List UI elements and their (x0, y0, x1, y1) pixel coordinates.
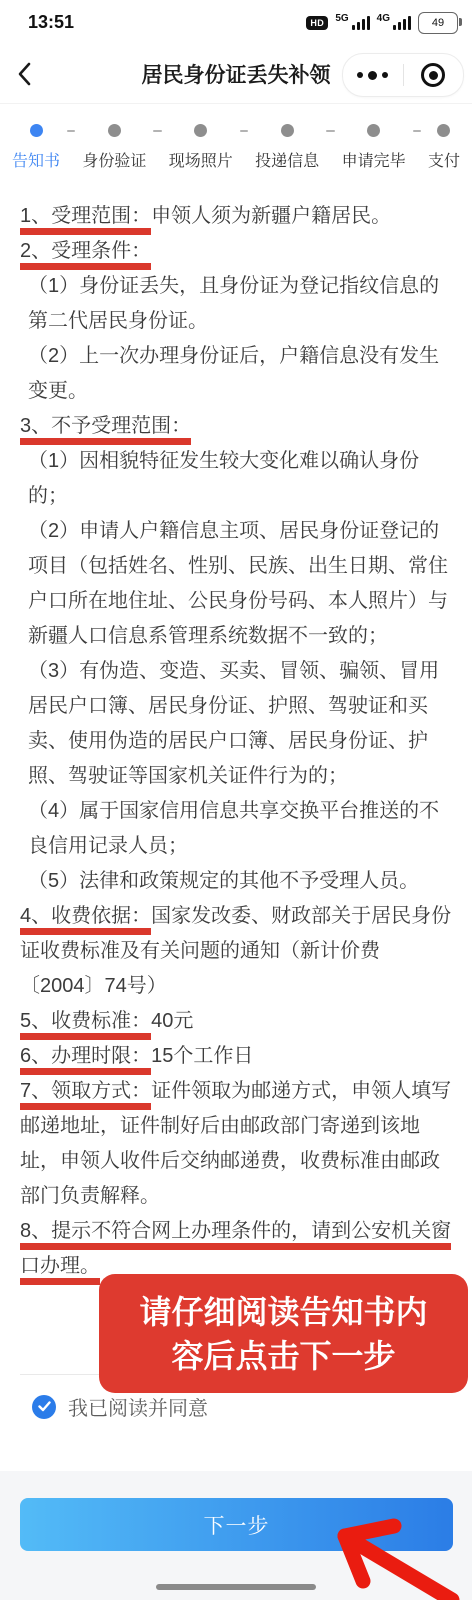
notice-paragraph: 2、受理条件： (20, 234, 452, 269)
agree-label: 我已阅读并同意 (68, 1392, 208, 1421)
red-underlined-heading: 5、收费标准： (20, 1010, 151, 1040)
red-underlined-heading: 6、办理时限： (20, 1045, 151, 1075)
step-dot (194, 124, 207, 137)
red-underlined-heading: 1、受理范围： (20, 205, 151, 235)
step-dot (367, 124, 380, 137)
step-label: 支付 (428, 148, 460, 171)
step-告知书: 告知书 (12, 124, 60, 171)
home-indicator[interactable] (156, 1584, 316, 1590)
notice-paragraph: （2）申请人户籍信息主项、居民身份证登记的项目（包括姓名、性别、民族、出生日期、… (20, 514, 452, 654)
signal-5g-icon: 5G (335, 16, 369, 30)
back-chevron-icon (17, 62, 31, 86)
battery-icon: 49 (418, 12, 458, 34)
step-label: 申请完毕 (342, 148, 406, 171)
step-connector (413, 130, 421, 132)
callout-line2: 容后点击下一步 (171, 1334, 395, 1378)
callout-line1: 请仔细阅读告知书内 (139, 1290, 427, 1334)
hd-volte-icon: HD (306, 16, 328, 30)
more-dots-icon (357, 71, 388, 80)
notice-paragraph: （1）因相貌特征发生较大变化难以确认身份的； (20, 444, 452, 514)
red-arrow-annotation (330, 1505, 472, 1600)
battery-percent: 49 (432, 17, 444, 29)
notice-paragraph: 1、受理范围：申领人须为新疆户籍居民。 (20, 199, 452, 234)
progress-stepper: 告知书身份验证现场照片投递信息申请完毕支付 (0, 104, 472, 171)
step-connector (240, 130, 248, 132)
notice-paragraph: （1）身份证丢失，且身份证为登记指纹信息的第二代居民身份证。 (20, 269, 452, 339)
notice-paragraph: 5、收费标准：40元 (20, 1004, 452, 1039)
step-connector (153, 130, 161, 132)
back-button[interactable] (0, 45, 48, 103)
more-button[interactable] (343, 54, 403, 96)
step-label: 现场照片 (169, 148, 233, 171)
red-underlined-heading: 3、不予受理范围： (20, 415, 191, 445)
notice-paragraph: （2）上一次办理身份证后，户籍信息没有发生变更。 (20, 339, 452, 409)
check-icon (38, 1401, 51, 1412)
step-支付: 支付 (428, 124, 460, 171)
step-dot (281, 124, 294, 137)
step-身份验证: 身份验证 (82, 124, 146, 171)
step-connector (67, 130, 75, 132)
step-label: 告知书 (12, 148, 60, 171)
red-underlined-heading: 7、领取方式： (20, 1080, 151, 1110)
record-circle-icon (421, 63, 445, 87)
notice-paragraph: 4、收费依据：国家发改委、财政部关于居民身份证收费标准及有关问题的通知（新计价费… (20, 899, 452, 1004)
step-dot (30, 124, 43, 137)
step-dot (108, 124, 121, 137)
step-label: 身份验证 (82, 148, 146, 171)
agreement-row[interactable]: 我已阅读并同意 (32, 1392, 208, 1421)
notice-paragraph: （5）法律和政策规定的其他不予受理人员。 (20, 864, 452, 899)
signal-4g-icon: 4G (377, 16, 411, 30)
red-underlined-heading: 4、收费依据： (20, 905, 151, 935)
step-label: 投递信息 (255, 148, 319, 171)
notice-body: 1、受理范围：申领人须为新疆户籍居民。2、受理条件：（1）身份证丢失，且身份证为… (0, 199, 472, 1284)
notice-paragraph: 6、办理时限：15个工作日 (20, 1039, 452, 1074)
step-connector (326, 130, 334, 132)
notice-paragraph: （4）属于国家信用信息共享交换平台推送的不良信用记录人员； (20, 794, 452, 864)
clock: 13:51 (28, 12, 74, 33)
nav-bar: 居民身份证丢失补领 (0, 45, 472, 104)
step-现场照片: 现场照片 (169, 124, 233, 171)
status-bar: 13:51 HD 5G 4G 49 (0, 0, 472, 45)
step-dot (437, 124, 450, 137)
notice-paragraph: 3、不予受理范围： (20, 409, 452, 444)
close-minimize-button[interactable] (404, 54, 464, 96)
agree-checkbox[interactable] (32, 1395, 56, 1419)
read-notice-callout: 请仔细阅读告知书内 容后点击下一步 (99, 1274, 468, 1393)
step-投递信息: 投递信息 (255, 124, 319, 171)
step-申请完毕: 申请完毕 (342, 124, 406, 171)
miniprogram-capsule (342, 53, 464, 97)
red-underlined-heading: 2、受理条件： (20, 240, 151, 270)
notice-paragraph: （3）有伪造、变造、买卖、冒领、骗领、冒用居民户口簿、居民身份证、护照、驾驶证和… (20, 654, 452, 794)
notice-paragraph: 7、领取方式：证件领取为邮递方式，申领人填写邮递地址，证件制好后由邮政部门寄递到… (20, 1074, 452, 1214)
